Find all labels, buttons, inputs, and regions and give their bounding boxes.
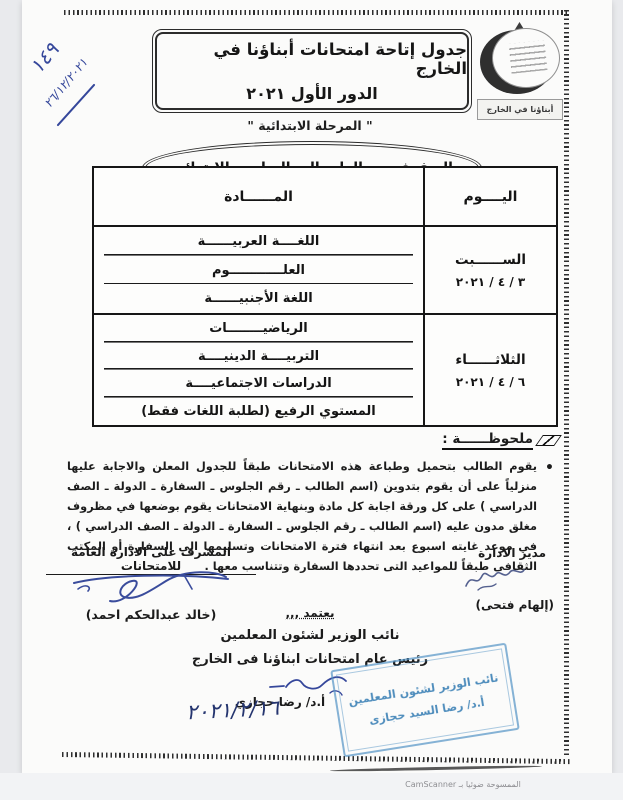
document-title: جدول إتاحة امتحانات أبناؤنا في الخارج xyxy=(157,40,467,78)
header-day: اليــــوم xyxy=(423,168,556,225)
director-title: مدير الادارة xyxy=(424,546,560,560)
stage-label: " المرحلة الابتدائية " xyxy=(180,118,440,133)
annotation-number: ١٤٩ xyxy=(25,38,64,78)
header-subject: المــــــادة xyxy=(94,168,423,225)
subject-cell: الدراسات الاجتماعيــــة xyxy=(94,370,423,398)
camscanner-watermark: الممسوحة ضوئيا بـ CamScanner xyxy=(368,780,558,789)
exam-round-year: الدور الأول ٢٠٢١ xyxy=(246,84,377,103)
day-cell-tuesday: الثلاثــــــاء ٦ / ٤ / ٢٠٢١ xyxy=(423,315,556,425)
decorative-border-top xyxy=(64,10,570,15)
director-signature xyxy=(460,562,530,596)
handwritten-date: ٢٠٢١/٢/١٦ xyxy=(185,696,279,725)
director-signature-block: مدير الادارة (إلهام فتحى) xyxy=(424,546,560,612)
handwritten-annotation: ١٤٩ ٢٦/١٢/٢٠٢١ xyxy=(18,18,138,128)
day-cell-saturday: الســــــبت ٣ / ٤ / ٢٠٢١ xyxy=(423,227,556,313)
subject-cell: اللغة الأجنبيــــــة xyxy=(94,284,423,313)
logo-caption: أبناؤنا في الخارج xyxy=(477,99,563,120)
approval-label: يعتمد ,,, xyxy=(160,606,460,620)
pencil-icon xyxy=(535,435,562,446)
table-row: الســــــبت ٣ / ٤ / ٢٠٢١ اللغــــة العرب… xyxy=(94,227,556,315)
table-header-row: اليــــوم المــــــادة xyxy=(94,168,556,227)
subject-cell: اللغــــة العربيــــــة xyxy=(94,227,423,256)
table-row: الثلاثــــــاء ٦ / ٤ / ٢٠٢١ الرياضيـــــ… xyxy=(94,315,556,425)
subject-cell: التربيــــة الدينيــــة xyxy=(94,343,423,371)
scanned-document: ١٤٩ ٢٦/١٢/٢٠٢١ أبناؤنا في الخارج جدول إت… xyxy=(0,0,623,800)
approval-title1: نائب الوزير لشئون المعلمين xyxy=(160,628,460,643)
note-title: ملحوظــــــة : xyxy=(442,431,533,450)
logo-inscription xyxy=(509,40,548,74)
subject-cell: العلــــــــــــوم xyxy=(94,256,423,285)
subject-cell: المستوي الرفيع (لطلبة اللغات فقط) xyxy=(94,398,423,426)
exam-schedule-table: اليــــوم المــــــادة الســــــبت ٣ / ٤… xyxy=(92,166,558,427)
supervisor-title: المشرف على الادارة العامة للامتحانات xyxy=(46,545,256,575)
decorative-border-right xyxy=(564,10,569,755)
subject-cell: الرياضيــــــــات xyxy=(94,315,423,343)
title-box: جدول إتاحة امتحانات أبناؤنا في الخارج ال… xyxy=(152,29,472,113)
